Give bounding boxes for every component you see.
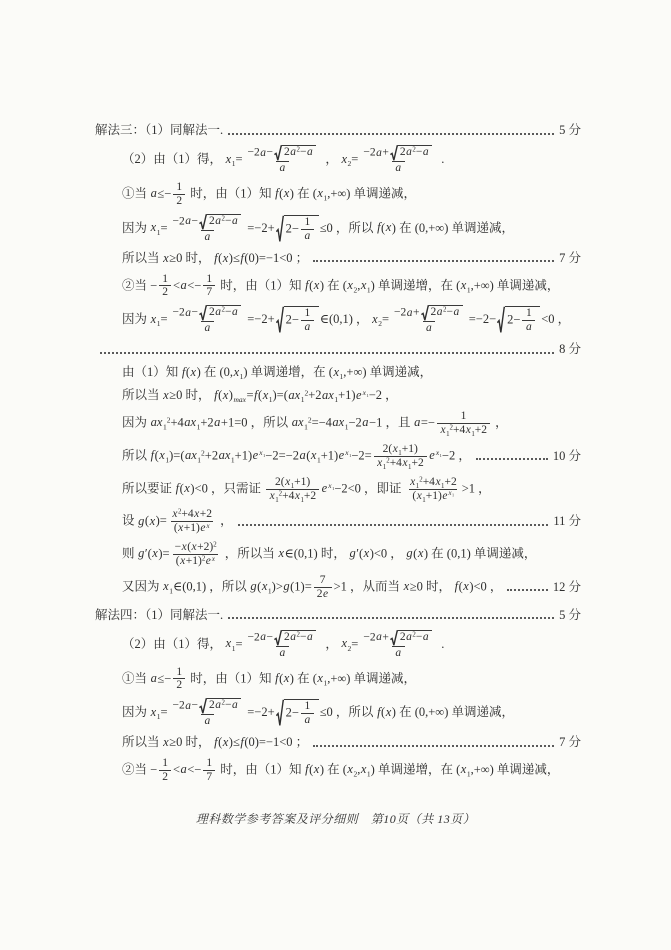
numerator: 1 — [159, 273, 171, 286]
score-badge: 12 分 — [553, 579, 581, 596]
math-variable: x — [149, 514, 156, 528]
math-variable: g — [138, 514, 145, 528]
math-variable: a — [185, 307, 192, 319]
numerator: −2a−2a2−a — [245, 145, 321, 161]
math-variable: x — [184, 481, 191, 495]
fraction: 12 — [173, 666, 185, 693]
math-variable: a — [406, 307, 413, 319]
fraction: −2a−2a2−aa — [170, 698, 246, 728]
solution-line: （2）由（1）得， x1=−2a−2a2−aa ， x2=−2a+2a2−aa … — [95, 145, 581, 175]
math-variable: a — [395, 162, 402, 174]
math-variable: f — [240, 735, 244, 749]
denominator: 2 — [173, 678, 185, 692]
math-variable: g — [283, 579, 290, 593]
superscript: 2 — [213, 542, 216, 549]
square-root: 2a2−a — [421, 305, 463, 321]
math-variable: a — [304, 321, 311, 333]
math-variable: a — [204, 715, 211, 727]
dotted-leader — [238, 524, 549, 526]
superscript: 2 — [412, 147, 415, 154]
denominator: a — [522, 320, 535, 334]
math-variable: a — [150, 186, 157, 200]
subscript: 1 — [240, 372, 244, 381]
subscript: 1 — [334, 395, 338, 404]
superscript: 2 — [308, 416, 312, 425]
math-variable: a — [306, 631, 313, 643]
numerator: 1 — [523, 307, 535, 320]
math-variable: ax — [184, 448, 197, 462]
subscript: 1 — [232, 159, 236, 168]
fraction: x12+4x1+2(x1+1)ex1 — [407, 476, 460, 503]
line-text: 又因为 x1∈(0,1) ，所以 g(x1)>g(1)=72e>1 ，从而当 x… — [122, 574, 502, 601]
math-variable: f — [214, 735, 218, 749]
fraction: 12 — [159, 273, 171, 300]
subscript: 1 — [169, 586, 173, 595]
math-variable: a — [362, 415, 369, 429]
math-variable: x — [417, 546, 424, 560]
math-variable: a — [279, 647, 286, 659]
line-text: 设 g(x)=x2+4x+2(x+1)ex ， — [122, 508, 233, 535]
math-variable: a — [395, 647, 402, 659]
math-variable: ax — [150, 415, 163, 429]
radical-icon — [276, 699, 284, 727]
dotted-leader — [476, 458, 548, 460]
math-variable: a — [422, 631, 429, 643]
denominator: 7 — [203, 285, 215, 299]
superscript: 2 — [222, 307, 225, 314]
math-variable: f — [275, 671, 279, 685]
math-variable: f — [150, 448, 154, 462]
radical-icon — [421, 305, 429, 321]
math-variable: a — [260, 631, 267, 643]
math-variable: a — [376, 631, 383, 643]
numerator: x12+4x1+2 — [407, 476, 460, 489]
score-badge: 7 分 — [559, 250, 581, 267]
superscript: 2 — [167, 416, 171, 425]
radical-icon — [274, 630, 282, 646]
superscript: 2 — [304, 388, 308, 397]
subscript: 2 — [353, 285, 357, 294]
numerator: 1 — [301, 700, 313, 713]
radical-icon — [276, 215, 284, 243]
line-text: 解法三：（1）同解法一. — [95, 122, 223, 139]
document-page: 解法三：（1）同解法一.5 分（2）由（1）得， x1=−2a−2a2−aa ，… — [0, 0, 671, 950]
math-variable: f — [305, 762, 309, 776]
subscript: 1 — [157, 319, 161, 328]
radical-icon — [276, 306, 284, 334]
numerator: −2a−2a2−a — [245, 630, 321, 646]
solution-line: 则 g′(x)=−x(x+2)2(x+1)2ex ，所以当 x∈(0,1) 时，… — [95, 541, 581, 568]
square-root: 2−1a — [497, 306, 540, 334]
math-variable: x — [163, 388, 170, 402]
superscript: 2 — [386, 457, 389, 464]
dotted-leader — [228, 133, 554, 135]
score-badge: 10 分 — [553, 448, 581, 465]
math-variable: f — [377, 705, 381, 719]
math-variable: x — [194, 508, 200, 520]
line-text: ①当 a≤−12 时，由（1）知 f(x) 在 (x1,+∞) 单调递减， — [122, 181, 416, 208]
line-text: 因为 x1=−2a−2a2−aa=−2+2−1a≤0 ，所以 f(x) 在 (0… — [122, 214, 514, 244]
math-variable: x — [363, 546, 370, 560]
line-text: （2）由（1）得， x1=−2a−2a2−aa ， x2=−2a+2a2−aa … — [122, 630, 444, 660]
math-variable: x — [403, 579, 410, 593]
solution-line: 所以 f(x1)=(ax12+2ax1+1)ex1−2=−2a(x1+1)ex1… — [95, 443, 581, 470]
superscript: 2 — [201, 448, 205, 457]
subscript: 1 — [317, 455, 321, 464]
solution-line: ②当 −12<a<−17 时，由（1）知 f(x) 在 (x2,x1) 单调递增… — [95, 273, 581, 300]
fraction: −2a−2a2−aa — [170, 305, 246, 335]
superscript: 2 — [279, 490, 282, 497]
math-variable: x — [463, 579, 470, 593]
numerator: −x(x+2)2 — [172, 541, 220, 554]
numerator: 2(x1+1) — [272, 476, 313, 489]
superscript: 2 — [412, 631, 415, 638]
math-variable: f — [214, 251, 218, 265]
math-variable: a — [306, 146, 313, 158]
math-variable: f — [181, 365, 185, 379]
dotted-leader — [100, 352, 554, 354]
numerator: 1 — [458, 410, 470, 423]
subscript: 2 — [348, 159, 352, 168]
solution-line: 因为 x1=−2a−2a2−aa=−2+2−1a≤0 ，所以 f(x) 在 (0… — [95, 698, 581, 728]
math-variable: x — [222, 251, 229, 265]
math-variable: x — [385, 220, 392, 234]
fraction: −2a−2a2−aa — [245, 630, 321, 660]
square-root: 2−1a — [276, 215, 319, 243]
math-variable: a — [422, 146, 429, 158]
radical-icon — [199, 214, 207, 230]
solution-line: ②当 −12<a<−17 时，由（1）知 f(x) 在 (x2,x1) 单调递增… — [95, 757, 581, 784]
subscript: 1 — [232, 643, 236, 652]
subscript: 1 — [275, 496, 278, 503]
math-variable: g — [138, 546, 145, 560]
subscript: 2 — [348, 643, 352, 652]
denominator: x12+4x1+2 — [374, 456, 427, 470]
math-variable: f — [275, 186, 279, 200]
superscript: x1 — [435, 448, 442, 457]
solution-line: 由（1）知 f(x) 在 (0,x1) 单调递增，在 (x1,+∞) 单调递减， — [95, 364, 581, 381]
math-variable: a — [231, 215, 238, 227]
math-variable: a — [290, 146, 297, 158]
superscript: 2 — [222, 215, 225, 222]
subscript: 1 — [157, 712, 161, 721]
math-variable: a — [185, 700, 192, 712]
numerator: x2+4x+2 — [169, 508, 215, 521]
superscript: 2 — [297, 631, 300, 638]
math-variable: x — [385, 705, 392, 719]
fraction: 1a — [301, 700, 314, 727]
radical-icon — [390, 630, 398, 646]
superscript: x — [211, 556, 215, 563]
numerator: −2a+2a2−a — [391, 305, 467, 321]
math-variable: a — [231, 699, 238, 711]
denominator: a — [392, 646, 405, 660]
superscript: 2 — [419, 476, 422, 483]
math-variable: a — [525, 321, 532, 333]
math-variable: a — [304, 714, 311, 726]
math-variable: f — [454, 579, 458, 593]
math-variable: e — [321, 481, 328, 495]
denominator: a — [201, 321, 214, 335]
square-root: 2a2−a — [199, 305, 241, 321]
numerator: −2a+2a2−a — [360, 630, 436, 646]
subscript: 1 — [231, 455, 235, 464]
score-badge: 5 分 — [559, 122, 581, 139]
subscript: 1 — [269, 395, 273, 404]
subscript: 1 — [446, 431, 449, 438]
math-variable: x — [222, 388, 229, 402]
subscript: 1 — [367, 285, 371, 294]
fraction: 12 — [159, 757, 171, 784]
math-variable: x — [163, 735, 170, 749]
denominator: a — [301, 713, 314, 727]
square-root: 2a2−a — [390, 630, 432, 646]
math-variable: a — [215, 699, 222, 711]
square-root: 2a2−a — [274, 630, 316, 646]
numerator: 1 — [159, 757, 171, 770]
radical-icon — [199, 305, 207, 321]
denominator: a — [301, 229, 314, 243]
solution-line: 所以当 x≥0 时， f(x)≤f(0)=−1<0 ；7 分 — [95, 734, 581, 751]
denominator: a — [276, 646, 289, 660]
math-variable: x — [181, 541, 187, 553]
denominator: x12+4x1+2 — [266, 489, 319, 503]
math-variable: g — [349, 546, 356, 560]
math-variable: f — [175, 481, 179, 495]
denominator: 2e — [314, 587, 332, 601]
solution-line: 所以要证 f(x)<0 ，只需证 2(x1+1)x12+4x1+2ex1−2<0… — [95, 476, 581, 503]
math-variable: a — [260, 147, 267, 159]
superscript: x1 — [345, 448, 352, 457]
fraction: 72e — [314, 574, 332, 601]
square-root: 2a2−a — [199, 214, 241, 230]
superscript: 2 — [450, 425, 453, 432]
math-variable: a — [180, 762, 187, 776]
score-badge: 5 分 — [559, 607, 581, 624]
solution-line: （2）由（1）得， x1=−2a−2a2−aa ， x2=−2a+2a2−aa … — [95, 630, 581, 660]
math-variable: a — [215, 306, 222, 318]
numerator: 1 — [173, 181, 185, 194]
line-text: 由（1）知 f(x) 在 (0,x1) 单调递增，在 (x1,+∞) 单调递减， — [122, 364, 432, 381]
math-variable: e — [323, 588, 329, 600]
math-variable: x — [283, 671, 290, 685]
math-variable: e — [252, 448, 259, 462]
fraction: −2a−2a2−aa — [170, 214, 246, 244]
math-variable: x — [191, 541, 197, 553]
denominator: a — [201, 714, 214, 728]
solution-line: 设 g(x)=x2+4x+2(x+1)ex ，11 分 — [95, 508, 581, 535]
fraction: 17 — [203, 273, 215, 300]
numerator: 1 — [301, 307, 313, 320]
superscript: 2 — [222, 700, 225, 707]
math-variable: f — [377, 220, 381, 234]
math-variable: max — [233, 395, 247, 404]
line-text: 因为 ax12+4ax1+2a+1=0 ，所以 ax12=−4ax1−2a−1 … — [122, 410, 508, 437]
denominator: 2 — [159, 770, 171, 784]
numerator: 1 — [301, 216, 313, 229]
math-variable: ax — [332, 415, 345, 429]
line-text: 因为 x1=−2a−2a2−aa=−2+2−1a∈(0,1) ， x2=−2a+… — [122, 305, 570, 335]
math-variable: a — [279, 162, 286, 174]
square-root: 2a2−a — [274, 145, 316, 161]
math-variable: a — [304, 230, 311, 242]
radical-icon — [274, 145, 282, 161]
numerator: 1 — [203, 757, 215, 770]
fraction: −2a+2a2−aa — [391, 305, 467, 335]
subscript: max — [233, 395, 247, 404]
dotted-leader — [313, 260, 554, 262]
solution-line: ①当 a≤−12 时，由（1）知 f(x) 在 (x1,+∞) 单调递减， — [95, 666, 581, 693]
solution-line: 因为 x1=−2a−2a2−aa=−2+2−1a∈(0,1) ， x2=−2a+… — [95, 305, 581, 335]
superscript: 2 — [178, 509, 181, 516]
math-variable: a — [299, 448, 306, 462]
line-text: ①当 a≤−12 时，由（1）知 f(x) 在 (x1,+∞) 单调递减， — [122, 666, 416, 693]
math-variable: a — [204, 231, 211, 243]
math-variable: a — [185, 215, 192, 227]
fraction: 17 — [203, 757, 215, 784]
solution-line: 解法三：（1）同解法一.5 分 — [95, 122, 581, 139]
math-variable: a — [231, 306, 238, 318]
subscript: 1 — [323, 193, 327, 202]
numerator: −2a+2a2−a — [360, 145, 436, 161]
radical-icon — [390, 145, 398, 161]
math-variable: x — [206, 523, 210, 530]
fraction: −2a+2a2−aa — [360, 145, 436, 175]
denominator: 2 — [173, 194, 185, 208]
score-badge: 7 分 — [559, 734, 581, 751]
score-badge: 8 分 — [559, 341, 581, 358]
line-text: 所以要证 f(x)<0 ，只需证 2(x1+1)x12+4x1+2ex1−2<0… — [122, 476, 491, 503]
denominator: x12+4x1+2 — [437, 423, 490, 437]
subscript: 1 — [345, 422, 349, 431]
numerator: 2(x1+1) — [380, 443, 421, 456]
content-area: 解法三：（1）同解法一.5 分（2）由（1）得， x1=−2a−2a2−aa ，… — [95, 122, 581, 790]
subscript: 1 — [467, 769, 471, 778]
solution-line: 8 分 — [95, 341, 581, 358]
math-variable: x — [222, 735, 229, 749]
superscript: 2 — [297, 147, 300, 154]
fraction: 2(x1+1)x12+4x1+2 — [374, 443, 427, 470]
math-variable: ax — [322, 388, 335, 402]
superscript: x1 — [328, 481, 335, 490]
line-text: 所以 f(x1)=(ax12+2ax1+1)ex1−2=−2a(x1+1)ex1… — [122, 443, 471, 470]
numerator: −2a−2a2−a — [170, 214, 246, 230]
math-variable: ax — [218, 448, 231, 462]
square-root: 2a2−a — [390, 145, 432, 161]
subscript: 1 — [332, 486, 334, 491]
math-variable: a — [204, 322, 211, 334]
fraction: −2a+2a2−aa — [360, 630, 436, 660]
subscript: 1 — [383, 464, 386, 471]
subscript: 1 — [471, 431, 474, 438]
dotted-leader — [507, 589, 547, 591]
math-variable: x — [178, 522, 184, 534]
numerator: 7 — [317, 574, 329, 587]
denominator: a — [423, 321, 436, 335]
square-root: 2−1a — [276, 699, 319, 727]
math-variable: g — [250, 579, 257, 593]
superscript: x1 — [259, 448, 266, 457]
denominator: 2 — [159, 285, 171, 299]
subscript: 1 — [349, 453, 351, 458]
math-variable: a — [426, 322, 433, 334]
denominator: a — [392, 161, 405, 175]
subscript: 1 — [268, 586, 272, 595]
subscript: 2 — [353, 769, 357, 778]
line-text: 所以当 x≥0 时， f(x)≤f(0)=−1<0 ； — [122, 734, 308, 751]
subscript: 1 — [157, 227, 161, 236]
square-root: 2−1a — [276, 306, 319, 334]
math-variable: g — [406, 546, 413, 560]
math-variable: x — [278, 546, 285, 560]
fraction: 1x12+4x1+2 — [437, 410, 490, 437]
line-text: 所以当 x≥0 时， f(x)max=f(x1)=(ax12+2ax1+1)ex… — [122, 387, 398, 404]
denominator: (x+1)2ex — [173, 554, 219, 568]
line-text: ②当 −12<a<−17 时，由（1）知 f(x) 在 (x2,x1) 单调递增… — [122, 273, 559, 300]
solution-line: 因为 ax12+4ax1+2a+1=0 ，所以 ax12=−4ax1−2a−1 … — [95, 410, 581, 437]
square-root: 2a2−a — [199, 698, 241, 714]
fraction: x2+4x+2(x+1)ex — [169, 508, 215, 535]
solution-line: 所以当 x≥0 时， f(x)max=f(x1)=(ax12+2ax1+1)ex… — [95, 387, 581, 404]
subscript: 1 — [467, 285, 471, 294]
math-variable: ax — [288, 388, 301, 402]
denominator: a — [276, 161, 289, 175]
math-variable: x — [163, 251, 170, 265]
dotted-leader — [228, 617, 554, 619]
solution-line: 解法四：（1）同解法一.5 分 — [95, 607, 581, 624]
math-variable: x — [283, 186, 290, 200]
fraction: 1a — [522, 307, 535, 334]
line-text: ②当 −12<a<−17 时，由（1）知 f(x) 在 (x2,x1) 单调递增… — [122, 757, 559, 784]
radical-icon — [199, 698, 207, 714]
line-text: 因为 x1=−2a−2a2−aa=−2+2−1a≤0 ，所以 f(x) 在 (0… — [122, 698, 514, 728]
math-variable: ax — [184, 415, 197, 429]
denominator: (x1+1)ex1 — [409, 489, 457, 503]
subscript: 1 — [263, 453, 265, 458]
subscript: 1 — [197, 422, 201, 431]
numerator: −2a−2a2−a — [170, 305, 246, 321]
superscript: x — [206, 523, 210, 530]
math-variable: f — [305, 278, 309, 292]
solution-line: ①当 a≤−12 时，由（1）知 f(x) 在 (x1,+∞) 单调递减， — [95, 181, 581, 208]
fraction: 1a — [301, 307, 314, 334]
math-variable: a — [414, 415, 421, 429]
solution-line: 所以当 x≥0 时， f(x)≤f(0)=−1<0 ；7 分 — [95, 250, 581, 267]
fraction: −2a−2a2−aa — [245, 145, 321, 175]
subscript: 1 — [422, 496, 425, 503]
math-variable: ax — [291, 415, 304, 429]
fraction: 12 — [173, 181, 185, 208]
page-footer: 理科数学参考答案及评分细则 第10页（共 13页） — [0, 810, 671, 827]
denominator: a — [301, 320, 314, 334]
math-variable: a — [215, 215, 222, 227]
math-variable: x — [313, 762, 320, 776]
math-variable: x — [152, 546, 159, 560]
math-variable: a — [453, 306, 460, 318]
subscript: 1 — [366, 393, 368, 398]
line-text: 所以当 x≥0 时， f(x)≤f(0)=−1<0 ； — [122, 250, 308, 267]
math-variable: x — [190, 365, 197, 379]
math-variable: x — [180, 555, 186, 567]
subscript: 1 — [440, 453, 442, 458]
math-variable: a — [214, 415, 221, 429]
subscript: 1 — [323, 678, 327, 687]
score-badge: 11 分 — [553, 513, 581, 530]
math-variable: a — [180, 278, 187, 292]
math-variable: f — [240, 251, 244, 265]
subscript: 1 — [452, 493, 454, 498]
subscript: 2 — [378, 319, 382, 328]
